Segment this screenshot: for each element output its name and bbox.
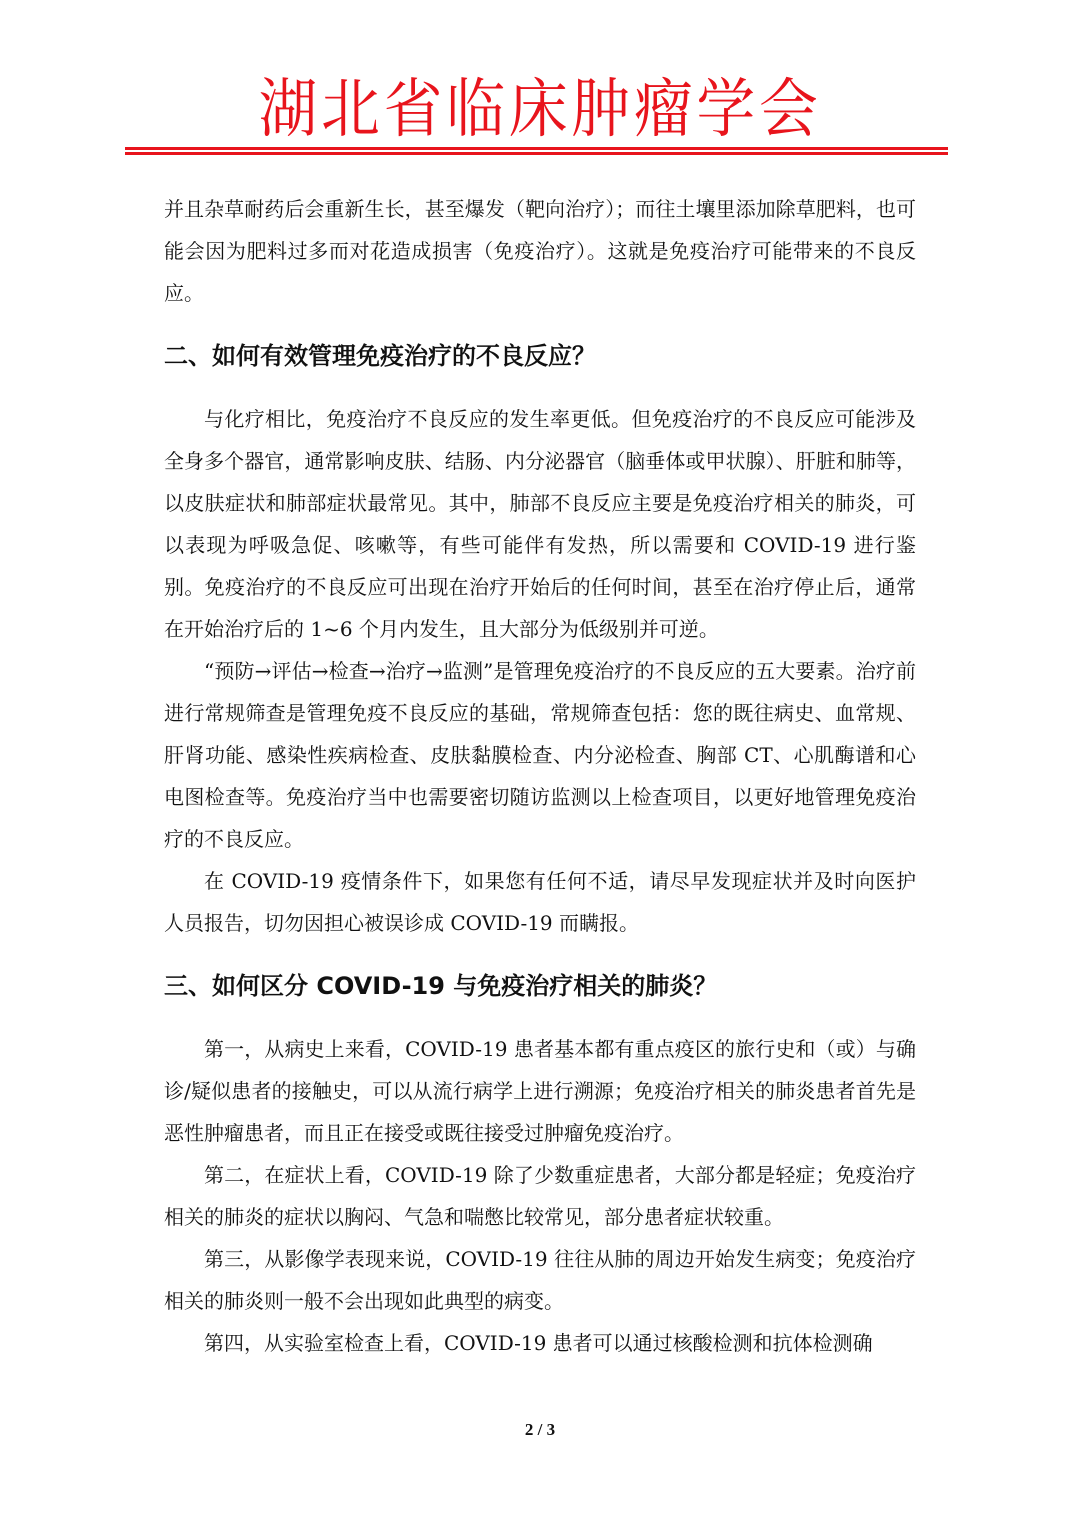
section-3-paragraph-3: 第三，从影像学表现来说，COVID-19 往往从肺的周边开始发生病变；免疫治疗相…	[164, 1238, 916, 1322]
organization-title: 湖北省临床肿瘤学会	[43, 72, 1037, 148]
section-2-heading: 二、如何有效管理免疫治疗的不良反应？	[164, 334, 916, 378]
header-rule-bottom	[125, 152, 948, 155]
section-2-paragraph-1: 与化疗相比，免疫治疗不良反应的发生率更低。但免疫治疗的不良反应可能涉及全身多个器…	[164, 398, 916, 650]
intro-paragraph: 并且杂草耐药后会重新生长，甚至爆发（靶向治疗）；而往土壤里添加除草肥料，也可能会…	[164, 188, 916, 314]
section-3-paragraph-4: 第四，从实验室检查上看，COVID-19 患者可以通过核酸检测和抗体检测确	[164, 1322, 916, 1364]
section-3-heading: 三、如何区分 COVID-19 与免疫治疗相关的肺炎？	[164, 964, 916, 1008]
section-2-paragraph-3: 在 COVID-19 疫情条件下，如果您有任何不适，请尽早发现症状并及时向医护人…	[164, 860, 916, 944]
header-rule-top	[125, 147, 948, 150]
page-indicator: 2 / 3	[0, 1420, 1080, 1440]
section-3-paragraph-1: 第一，从病史上来看，COVID-19 患者基本都有重点疫区的旅行史和（或）与确诊…	[164, 1028, 916, 1154]
section-3-paragraph-2: 第二，在症状上看，COVID-19 除了少数重症患者，大部分都是轻症；免疫治疗相…	[164, 1154, 916, 1238]
document-body: 并且杂草耐药后会重新生长，甚至爆发（靶向治疗）；而往土壤里添加除草肥料，也可能会…	[164, 188, 916, 1364]
section-2-paragraph-2: “预防→评估→检查→治疗→监测”是管理免疫治疗的不良反应的五大要素。治疗前进行常…	[164, 650, 916, 860]
